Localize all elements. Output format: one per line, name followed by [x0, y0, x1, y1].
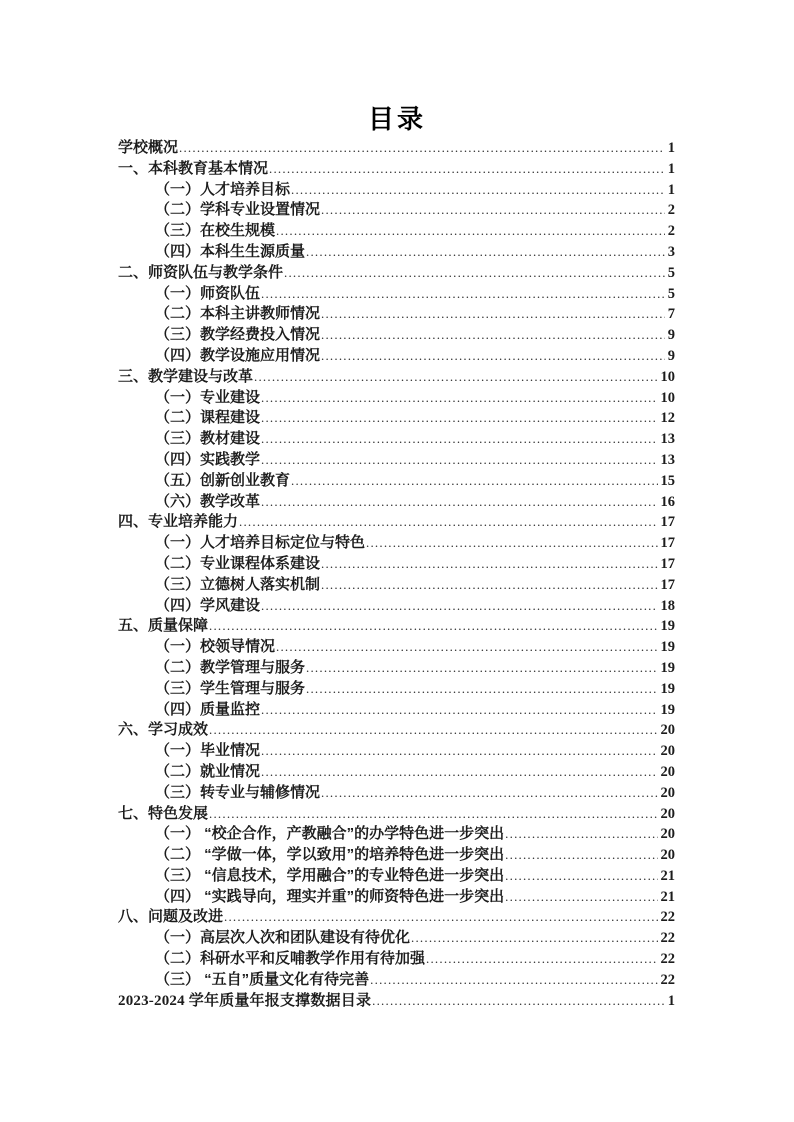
toc-entry[interactable]: （二）本科主讲教师情况 7	[118, 302, 675, 323]
toc-page-number: 22	[659, 930, 676, 947]
toc-entry[interactable]: （二）科研水平和反哺教学作用有待加强 22	[118, 947, 675, 968]
toc-entry-label: （二）就业情况	[155, 760, 260, 781]
toc-entry[interactable]: （三）学生管理与服务 19	[118, 677, 675, 698]
toc-page-number: 17	[659, 577, 676, 594]
toc-entry-label: （二）本科主讲教师情况	[155, 302, 320, 323]
toc-entry[interactable]: （一）校领导情况 19	[118, 635, 675, 656]
toc-entry-label: （五）创新创业教育	[155, 469, 290, 490]
toc-leader-dots	[321, 327, 665, 343]
toc-page-number: 20	[659, 826, 676, 843]
toc-page-number: 9	[666, 348, 675, 365]
toc-page-number: 20	[659, 764, 676, 781]
toc-entry[interactable]: 五、质量保障 19	[118, 614, 675, 635]
toc-entry[interactable]: （四）教学设施应用情况 9	[118, 344, 675, 365]
toc-page-number: 22	[659, 972, 676, 989]
toc-page-number: 20	[659, 806, 676, 823]
toc-entry[interactable]: （四）质量监控 19	[118, 698, 675, 719]
toc-page-number: 12	[659, 410, 676, 427]
toc-page-number: 13	[659, 431, 676, 448]
toc-entry[interactable]: （一）人才培养目标定位与特色 17	[118, 531, 675, 552]
toc-page-number: 22	[659, 909, 676, 926]
document-page: 目录 学校概况 1 一、本科教育基本情况 1 （一）人才培养目标 1 （二）学科…	[0, 0, 794, 1122]
toc-leader-dots	[306, 681, 657, 697]
toc-entry-label: （一）师资队伍	[155, 282, 260, 303]
toc-page-number: 19	[659, 660, 676, 677]
toc-entry-label: （三）教学经费投入情况	[155, 323, 320, 344]
toc-leader-dots	[291, 473, 657, 489]
toc-entry-label: 一、本科教育基本情况	[118, 157, 268, 178]
toc-entry-label: （四）教学设施应用情况	[155, 344, 320, 365]
toc-entry[interactable]: （一）高层次人次和团队建设有待优化 22	[118, 926, 675, 947]
toc-entry-label: （三）转专业与辅修情况	[155, 781, 320, 802]
toc-entry-label: （一）校领导情况	[155, 635, 275, 656]
toc-page-number: 1	[666, 993, 675, 1010]
toc-page-number: 9	[666, 327, 675, 344]
toc-entry-label: （四）学风建设	[155, 594, 260, 615]
toc-leader-dots	[261, 286, 665, 302]
toc-page-number: 1	[666, 182, 675, 199]
toc-entry-label: （四）质量监控	[155, 698, 260, 719]
toc-entry[interactable]: （一） “校企合作，产教融合”的办学特色进一步突出 20	[118, 822, 675, 843]
toc-page-number: 17	[659, 535, 676, 552]
toc-leader-dots	[306, 660, 657, 676]
toc-entry[interactable]: （二）学科专业设置情况 2	[118, 198, 675, 219]
toc-leader-dots	[505, 889, 657, 905]
toc-page-number: 7	[666, 306, 675, 323]
toc-entry[interactable]: 八、问题及改进 22	[118, 905, 675, 926]
toc-entry[interactable]: （四）实践教学 13	[118, 448, 675, 469]
toc-page-number: 5	[666, 265, 675, 282]
toc-page-number: 19	[659, 681, 676, 698]
toc-page-number: 2	[666, 223, 675, 240]
toc-entry-label: 二、师资队伍与教学条件	[118, 261, 283, 282]
toc-leader-dots	[372, 993, 665, 1009]
toc-entry-label: （三） “五自”质量文化有待完善	[155, 968, 369, 989]
toc-leader-dots	[505, 826, 657, 842]
toc-entry[interactable]: （二） “学做一体，学以致用”的培养特色进一步突出 20	[118, 843, 675, 864]
toc-page-number: 13	[659, 452, 676, 469]
toc-entry-label: （六）教学改革	[155, 490, 260, 511]
toc-leader-dots	[276, 639, 657, 655]
toc-entry-label: （三）学生管理与服务	[155, 677, 305, 698]
toc-leader-dots	[321, 556, 657, 572]
toc-leader-dots	[321, 306, 665, 322]
toc-page-number: 20	[659, 722, 676, 739]
toc-leader-dots	[179, 140, 665, 156]
toc-page-number: 21	[659, 889, 676, 906]
page-title: 目录	[0, 99, 794, 136]
toc-leader-dots	[209, 722, 657, 738]
toc-leader-dots	[505, 847, 657, 863]
toc-leader-dots	[276, 223, 665, 239]
toc-leader-dots	[269, 161, 665, 177]
toc-page-number: 1	[666, 161, 675, 178]
toc-entry[interactable]: （三）转专业与辅修情况 20	[118, 781, 675, 802]
toc-page-number: 10	[659, 369, 676, 386]
toc-page-number: 19	[659, 702, 676, 719]
toc-leader-dots	[261, 390, 657, 406]
toc-entry-label: （三） “信息技术，学用融合”的专业特色进一步突出	[155, 864, 504, 885]
toc-leader-dots	[284, 265, 665, 281]
toc-entry-label: 八、问题及改进	[118, 905, 223, 926]
toc-entry-label: （一）人才培养目标定位与特色	[155, 531, 365, 552]
toc-entry-label: 四、专业培养能力	[118, 510, 238, 531]
toc-page-number: 5	[666, 286, 675, 303]
toc-entry[interactable]: （三）立德树人落实机制 17	[118, 573, 675, 594]
toc-leader-dots	[209, 618, 657, 634]
toc-entry-label: （四） “实践导向，理实并重”的师资特色进一步突出	[155, 885, 504, 906]
toc-entry[interactable]: （一）专业建设 10	[118, 386, 675, 407]
toc-entry[interactable]: （一）人才培养目标 1	[118, 178, 675, 199]
toc-entry[interactable]: （四） “实践导向，理实并重”的师资特色进一步突出 21	[118, 885, 675, 906]
toc-leader-dots	[224, 909, 657, 925]
toc-entry-label: （二） “学做一体，学以致用”的培养特色进一步突出	[155, 843, 504, 864]
toc-leader-dots	[239, 514, 657, 530]
toc-leader-dots	[261, 452, 657, 468]
toc-page-number: 19	[659, 639, 676, 656]
toc-entry[interactable]: （二）就业情况 20	[118, 760, 675, 781]
toc-leader-dots	[261, 494, 657, 510]
toc-page-number: 16	[659, 494, 676, 511]
toc-entry[interactable]: 一、本科教育基本情况 1	[118, 157, 675, 178]
toc-entry[interactable]: （五）创新创业教育 15	[118, 469, 675, 490]
toc-page-number: 3	[666, 244, 675, 261]
toc-entry[interactable]: 三、教学建设与改革 10	[118, 365, 675, 386]
toc-entry-label: 2023-2024 学年质量年报支撑数据目录	[118, 989, 371, 1010]
toc-page-number: 20	[659, 743, 676, 760]
toc-leader-dots	[209, 806, 657, 822]
toc-entry-label: （三）教材建设	[155, 427, 260, 448]
toc-entry-label: （三）立德树人落实机制	[155, 573, 320, 594]
toc-page-number: 17	[659, 514, 676, 531]
toc-entry[interactable]: （二）课程建设 12	[118, 406, 675, 427]
toc-page-number: 15	[659, 473, 676, 490]
toc-page-number: 21	[659, 868, 676, 885]
toc-entry-label: 六、学习成效	[118, 718, 208, 739]
toc-entry[interactable]: 学校概况 1	[118, 136, 675, 157]
toc-leader-dots	[261, 431, 657, 447]
toc-entry[interactable]: 二、师资队伍与教学条件 5	[118, 261, 675, 282]
toc-leader-dots	[366, 535, 657, 551]
toc-leader-dots	[321, 202, 665, 218]
toc-entry-label: （一）高层次人次和团队建设有待优化	[155, 926, 410, 947]
toc-leader-dots	[261, 743, 657, 759]
toc-entry[interactable]: （三） “五自”质量文化有待完善 22	[118, 968, 675, 989]
toc-entry[interactable]: （三）教学经费投入情况 9	[118, 323, 675, 344]
toc-leader-dots	[426, 951, 657, 967]
toc-leader-dots	[254, 369, 657, 385]
toc-entry[interactable]: （二）专业课程体系建设 17	[118, 552, 675, 573]
toc-entry[interactable]: （三）教材建设 13	[118, 427, 675, 448]
toc-page-number: 22	[659, 951, 676, 968]
toc-leader-dots	[321, 577, 657, 593]
toc-page-number: 20	[659, 847, 676, 864]
toc-page-number: 1	[666, 140, 675, 157]
toc-entry-label: 三、教学建设与改革	[118, 365, 253, 386]
toc-leader-dots	[261, 702, 657, 718]
toc-entry[interactable]: （六）教学改革 16	[118, 490, 675, 511]
toc-entry-label: 学校概况	[118, 136, 178, 157]
toc-leader-dots	[505, 868, 657, 884]
toc-entry[interactable]: （三） “信息技术，学用融合”的专业特色进一步突出 21	[118, 864, 675, 885]
toc-leader-dots	[261, 410, 657, 426]
toc-page-number: 20	[659, 785, 676, 802]
toc-entry-label: （二）学科专业设置情况	[155, 198, 320, 219]
toc-entry[interactable]: （二）教学管理与服务 19	[118, 656, 675, 677]
toc-page-number: 10	[659, 390, 676, 407]
toc-entry-label: （二）专业课程体系建设	[155, 552, 320, 573]
toc-leader-dots	[261, 598, 657, 614]
toc-entry-label: （二）科研水平和反哺教学作用有待加强	[155, 947, 425, 968]
toc-entry[interactable]: 六、学习成效 20	[118, 718, 675, 739]
toc-page-number: 2	[666, 202, 675, 219]
toc-entry-label: （二）教学管理与服务	[155, 656, 305, 677]
toc-list: 学校概况 1 一、本科教育基本情况 1 （一）人才培养目标 1 （二）学科专业设…	[118, 136, 675, 1009]
toc-entry[interactable]: 四、专业培养能力 17	[118, 510, 675, 531]
toc-entry-label: （三）在校生规模	[155, 219, 275, 240]
toc-entry[interactable]: 七、特色发展 20	[118, 802, 675, 823]
toc-entry-label: 七、特色发展	[118, 802, 208, 823]
toc-entry-label: （二）课程建设	[155, 406, 260, 427]
toc-entry-label: （四）实践教学	[155, 448, 260, 469]
toc-page-number: 18	[659, 598, 676, 615]
toc-leader-dots	[370, 972, 657, 988]
toc-entry[interactable]: （一）师资队伍 5	[118, 282, 675, 303]
toc-leader-dots	[411, 930, 657, 946]
toc-entry[interactable]: （一）毕业情况 20	[118, 739, 675, 760]
toc-entry-label: （一）毕业情况	[155, 739, 260, 760]
toc-entry-label: （四）本科生生源质量	[155, 240, 305, 261]
toc-leader-dots	[321, 348, 665, 364]
toc-entry[interactable]: （三）在校生规模 2	[118, 219, 675, 240]
toc-entry[interactable]: （四）学风建设 18	[118, 594, 675, 615]
toc-leader-dots	[261, 764, 657, 780]
toc-leader-dots	[291, 182, 665, 198]
toc-entry-label: （一） “校企合作，产教融合”的办学特色进一步突出	[155, 822, 504, 843]
toc-entry-label: 五、质量保障	[118, 614, 208, 635]
toc-leader-dots	[306, 244, 665, 260]
toc-entry-label: （一）人才培养目标	[155, 178, 290, 199]
toc-entry-label: （一）专业建设	[155, 386, 260, 407]
toc-entry[interactable]: 2023-2024 学年质量年报支撑数据目录 1	[118, 989, 675, 1010]
toc-page-number: 17	[659, 556, 676, 573]
toc-entry[interactable]: （四）本科生生源质量 3	[118, 240, 675, 261]
toc-page-number: 19	[659, 618, 676, 635]
toc-leader-dots	[321, 785, 657, 801]
